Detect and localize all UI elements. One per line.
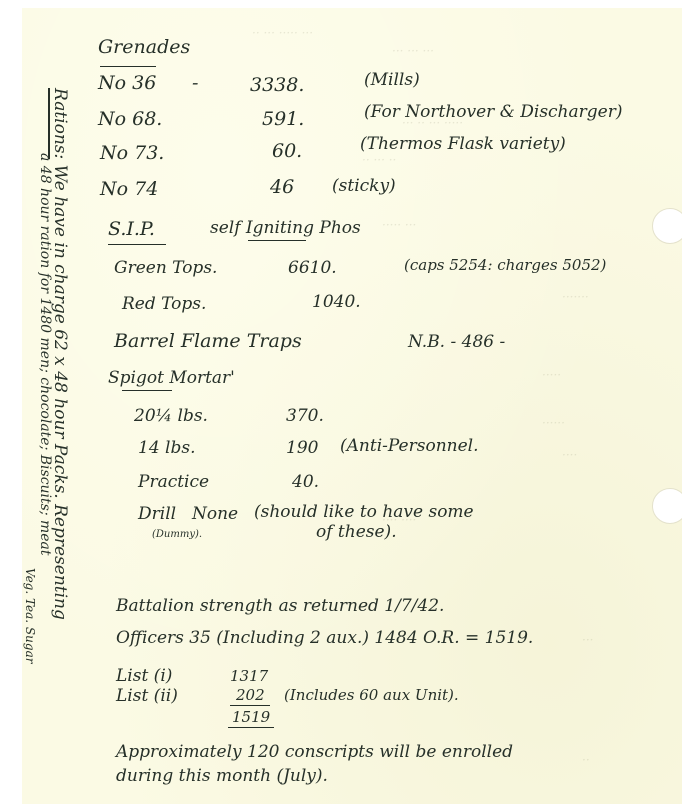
officers-line: Officers 35 (Including 2 aux.) 1484 O.R.… — [116, 630, 533, 647]
sip-label: Red Tops. — [122, 296, 206, 313]
spigot-label: Practice — [138, 474, 209, 491]
spigot-note-continued: of these). — [316, 524, 397, 541]
heading-underline — [100, 66, 156, 67]
spigot-qty: 190 — [286, 440, 318, 457]
sip-label: Green Tops. — [114, 260, 217, 277]
spigot-sublabel: (Dummy). — [152, 530, 202, 540]
list-note: (Includes 60 aux Unit). — [284, 688, 459, 703]
margin-note-line: Rations: We have in charge 62 x 48 hour … — [51, 88, 68, 620]
grenade-label: No 68. — [98, 110, 162, 129]
grenade-qty: 46 — [270, 178, 294, 197]
total-underline — [228, 727, 274, 728]
bleed-through-text: ····· ··· — [382, 218, 416, 232]
spigot-qty: None — [192, 506, 238, 523]
punch-hole — [652, 208, 682, 244]
spigot-qty: 370. — [286, 408, 324, 425]
conscripts-line: Approximately 120 conscripts will be enr… — [116, 744, 513, 761]
margin-note-line: Veg. Tea. Sugar — [24, 568, 36, 663]
grenade-note: (Thermos Flask variety) — [360, 136, 566, 153]
flame-traps-label: Barrel Flame Traps — [114, 332, 302, 351]
margin-note-text: We have in charge 62 x 48 hour Packs. Re… — [50, 165, 70, 620]
bleed-through-text: ······ — [542, 416, 565, 430]
spigot-label: 20¼ lbs. — [134, 408, 208, 425]
sip-qty: 1040. — [312, 294, 361, 311]
margin-note-heading: Rations: — [50, 88, 70, 159]
punch-hole — [652, 488, 682, 524]
bleed-through-text: ··· ··· ··· — [392, 44, 434, 58]
bleed-through-text: ·· — [582, 753, 590, 767]
spigot-qty: 40. — [292, 474, 319, 491]
sum-rule — [230, 705, 270, 706]
margin-note-line: a 48 hour ration for 1480 men; chocolate… — [38, 153, 52, 556]
bleed-through-text: ····· — [542, 368, 561, 382]
bleed-through-text: ·· ··· ·· — [362, 153, 396, 167]
spigot-note: (Anti-Personnel. — [340, 438, 479, 455]
subheading-underline — [248, 240, 306, 241]
document-page: ·· ··· ····· ··· ··· ··· ··· ··· ·· ··· … — [22, 8, 682, 804]
sip-qty: 6610. — [288, 260, 337, 277]
spigot-label: Drill — [138, 506, 176, 523]
bleed-through-text: ··· — [582, 633, 593, 647]
bleed-through-text: ···· — [562, 448, 577, 462]
list-total: 1519 — [232, 710, 270, 725]
spigot-heading: Spigot Mortar' — [108, 370, 235, 387]
grenade-note: (Mills) — [364, 72, 420, 89]
grenade-label: No 73. — [100, 144, 164, 163]
grenades-heading: Grenades — [98, 38, 190, 57]
list-label: List (i) — [116, 668, 172, 685]
list-value: 202 — [236, 688, 265, 703]
list-label: List (ii) — [116, 688, 178, 705]
heading-underline — [108, 244, 166, 245]
flame-traps-note: N.B. - 486 - — [408, 334, 505, 351]
grenade-qty: 3338. — [250, 76, 304, 95]
bleed-through-text: ·· ··· ····· ··· — [252, 26, 313, 40]
strength-line: Battalion strength as returned 1/7/42. — [116, 598, 444, 615]
grenade-label: No 36 — [98, 74, 156, 93]
grenade-label: No 74 — [100, 180, 158, 199]
grenade-qty: 591. — [262, 110, 304, 129]
grenade-qty: 60. — [272, 142, 302, 161]
list-value: 1317 — [230, 669, 268, 684]
grenade-note: (For Northover & Discharger) — [364, 104, 622, 121]
conscripts-line: during this month (July). — [116, 768, 328, 785]
heading-underline — [122, 390, 172, 391]
grenade-note: (sticky) — [332, 178, 396, 195]
grenade-dash: - — [192, 74, 198, 93]
bleed-through-text: ······· — [562, 290, 589, 304]
spigot-note: (should like to have some — [254, 504, 474, 521]
spigot-label: 14 lbs. — [138, 440, 195, 457]
sip-subheading: self Igniting Phos — [210, 220, 361, 237]
sip-heading: S.I.P. — [108, 220, 155, 239]
sip-note: (caps 5254: charges 5052) — [404, 258, 606, 273]
